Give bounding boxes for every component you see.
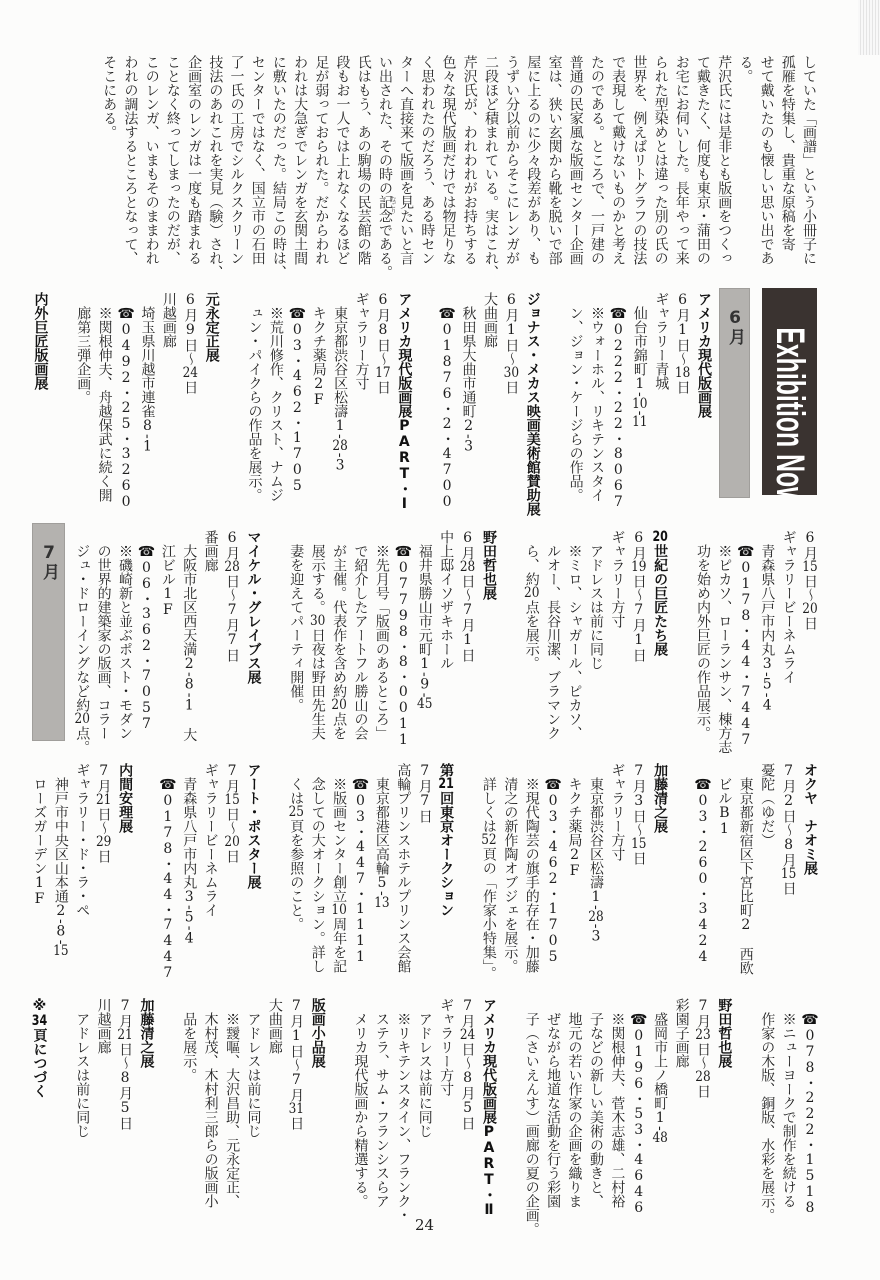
essay-line: 技法のあれこれを実見（験）され、	[204, 55, 225, 270]
number: 20	[74, 712, 90, 726]
exhibition-address: 東京都港区高輪5-13	[371, 763, 392, 978]
phone-icon: ☎	[545, 777, 561, 793]
exhibition-phone: ☎0178・44・7447	[734, 530, 755, 745]
exhibition-note: 廊第三弾企画。	[72, 292, 93, 507]
essay-line: ターへ直接来て版画を見たいと言	[395, 55, 416, 270]
hyphen: -	[417, 672, 433, 677]
exhibition-title: アート・ポスター展	[242, 763, 263, 978]
phone-icon: ☎	[695, 777, 711, 793]
exhibition-address: 盛岡市上ノ橋町1-48	[649, 998, 670, 1213]
essay-line: 二段ほど積まれている。実はこれ、	[480, 55, 501, 270]
exhibition-title: 第21回東京オークション	[435, 763, 456, 978]
exhibition-listing: アメリカ現代版画展PART・Ⅰ 6月8日〜17日 ギャラリー方寸 東京都渋谷区松…	[243, 292, 414, 507]
essay-line: られた型染めとは違った別の氏の	[649, 55, 670, 270]
exhibition-dates: 6月1日〜30日	[500, 292, 521, 507]
phone-icon: ☎	[439, 306, 455, 322]
exhibition-note: ※靉嘔、大沢昌助、元永定正、	[221, 998, 242, 1213]
exhibition-note: ※版画センター創立10周年を記	[328, 763, 349, 978]
phone-icon: ☎	[160, 777, 176, 793]
number: 13	[374, 896, 390, 910]
exhibition-phone: ☎03・447・1111	[349, 763, 370, 978]
number: 24	[182, 366, 198, 380]
phone-number: 0492・25・3260	[118, 322, 134, 510]
section-title: Exhibition Now	[762, 327, 817, 455]
exhibition-note: 妻を迎えてパーティ開催。	[285, 530, 306, 745]
exhibition-note: 展示する。30日夜は野田先生夫	[306, 530, 327, 745]
exhibition-title: 内外巨匠版画展	[29, 292, 50, 507]
month-label-june: 6月	[719, 288, 750, 498]
phone-number: 07798・8・0011	[395, 560, 411, 748]
exhibition-phone: ☎03・462・1705	[542, 763, 563, 978]
phone-number: 078・222・1518	[802, 1028, 818, 1216]
essay-line: 了一氏の工房でシルクスクリーン	[225, 55, 246, 270]
exhibition-address: キクチ薬局2F	[563, 763, 584, 978]
listings-band-2: 6月15日〜20日 ギャラリービーネムライ 青森県八戸市内丸3-5-4 ☎017…	[49, 530, 820, 745]
exhibition-address: 仙台市錦町1-10-11	[628, 292, 649, 507]
exhibition-listing: ジョナス・メカス映画美術館賛助展 6月1日〜30日 大曲画廊 秋田県大曲市通町2…	[436, 292, 543, 507]
exhibition-dates: 7月3日〜15日	[627, 763, 648, 978]
exhibition-dates: 7月24日〜8月5日	[456, 998, 477, 1213]
exhibition-address: 大阪市北区西天満2-8-1 大	[178, 530, 199, 745]
exhibition-title: アメリカ現代版画展PART・Ⅰ	[393, 292, 414, 507]
essay-line: 普通の民家風な版画センター企画	[565, 55, 586, 270]
exhibition-venue: 高輪プリンスホテルプリンス会館	[392, 763, 413, 978]
page-number: 24	[415, 1218, 434, 1233]
number: 48	[652, 1131, 668, 1145]
exhibition-address: 東京都渋谷区松濤1-28-3	[329, 292, 350, 507]
exhibition-address: 東京都渋谷区松濤1-28-3	[585, 763, 606, 978]
exhibition-note: ※先月号「版画のあるところ」	[371, 530, 392, 745]
exhibition-title: アメリカ現代版画展	[693, 292, 714, 507]
exhibition-dates: 6月8日〜17日	[372, 292, 393, 507]
exhibition-note: ※ウォーホル、リキテンスタイ	[586, 292, 607, 507]
month-label-text: 6月	[720, 289, 749, 497]
exhibition-title: 加藤清之展	[649, 763, 670, 978]
exhibition-venue: ギャラリー方寸	[606, 530, 627, 745]
exhibition-address: 青森県八戸市内丸3-5-4	[178, 763, 199, 978]
exhibition-title: マイケル・グレイブス展	[242, 530, 263, 745]
essay-line: センターではなく、国立市の石田	[247, 55, 268, 270]
exhibition-title: 20世紀の巨匠たち展	[649, 530, 670, 745]
essay-line: たのである。ところで、一戸建の	[586, 55, 607, 270]
exhibition-listing: 版画小品展 7月1日〜7月31日 大曲画廊 アドレスは前に同じ ※靉嘔、大沢昌助…	[178, 998, 328, 1213]
phone-icon: ☎	[395, 544, 411, 560]
exhibition-venue: ギャラリー方寸	[350, 292, 371, 507]
exhibition-phone: ☎01876・2・4700	[436, 292, 457, 507]
exhibition-address: 福井県勝山市元町1-9-45	[413, 530, 434, 745]
exhibition-title: 加藤清之展	[135, 998, 156, 1213]
exhibition-title: オクヤ ナオミ展	[799, 763, 820, 978]
exhibition-note: ぜながら地道な活動を行う彩園	[542, 998, 563, 1213]
number: 20	[524, 586, 540, 600]
exhibition-dates: 7月15日〜20日	[221, 763, 242, 978]
number: 45	[417, 697, 433, 711]
exhibition-listing: 加藤清之展 7月21日〜8月5日 川越画廊 アドレスは前に同じ	[71, 998, 157, 1213]
number: 15	[631, 837, 647, 851]
essay-text: していた「画譜」という小冊子に 孤雁を特集し、貴重な原稿を寄 せて戴いたのも懐し…	[98, 55, 819, 270]
exhibition-note: 地元の若い作家の企画を織りま	[563, 998, 584, 1213]
exhibition-dates: 6月28日〜7月1日	[456, 530, 477, 745]
phone-number: 01876・2・4700	[439, 322, 455, 510]
essay-line: 色々な現代版画だけでは物足りな	[437, 55, 458, 270]
phone-icon: ☎	[289, 306, 305, 322]
exhibition-note: 功を始め内外巨匠の作品展示。	[692, 530, 713, 745]
exhibition-note: メリカ現代版画から精選する。	[349, 998, 370, 1213]
essay-line: く思われたのだろう、ある時セン	[416, 55, 437, 270]
exhibition-phone: ☎03・260・3424	[692, 763, 713, 978]
exhibition-title: 内間安理展	[114, 763, 135, 978]
number: 25	[288, 805, 304, 819]
exhibition-venue: 大曲画廊	[479, 292, 500, 507]
exhibition-address: ローズガーデン1F	[28, 763, 49, 978]
exhibition-note: で紹介したアートフル勝山の会	[349, 530, 370, 745]
essay-line: い出された、その時の記念である。	[374, 55, 395, 270]
exhibition-note: ジュ・ドローイングなど約20点。	[71, 530, 92, 745]
exhibition-listing: 野田哲也展 6月28日〜7月1日 中上邸イソザキホール 福井県勝山市元町1-9-…	[285, 530, 499, 745]
phone-number: 03・260・3424	[695, 793, 711, 965]
hyphen: -	[139, 434, 155, 439]
exhibition-phone: ☎0196・53・4646	[627, 998, 648, 1213]
exhibition-title: 野田哲也展	[478, 530, 499, 745]
phone-number: 0222・22・8067	[610, 322, 626, 510]
exhibition-dates: 7月21日〜29日	[92, 763, 113, 978]
number: 10	[632, 397, 648, 411]
exhibition-dates: 6月1日〜18日	[671, 292, 692, 507]
essay-line: そこにある。	[98, 55, 119, 270]
number: 21	[117, 1028, 133, 1042]
phone-icon: ☎	[138, 544, 154, 560]
number: 21	[96, 793, 112, 807]
exhibition-address: アドレスは前に同じ	[585, 530, 606, 745]
exhibition-listing: 元永定正展 6月9日〜24日 川越画廊 埼玉県川越市連雀8-1 ☎0492・25…	[72, 292, 222, 507]
number: 23	[695, 1028, 711, 1042]
exhibition-listing: 第21回東京オークション 7月7日 高輪プリンスホテルプリンス会館 東京都港区高…	[285, 763, 456, 978]
exhibition-note: ら、約20点を展示。	[520, 530, 541, 745]
number: 20	[802, 602, 818, 616]
exhibition-note: 木村茂、木村利三郎らの版画小	[199, 998, 220, 1213]
exhibition-venue: 番画廊	[199, 530, 220, 745]
exhibition-note: ※ニューヨークで制作を続ける	[777, 998, 798, 1213]
number: 15	[802, 560, 818, 574]
number: 28	[588, 910, 604, 924]
number: 17	[375, 366, 391, 380]
exhibition-dates: 7月21日〜8月5日	[114, 998, 135, 1213]
exhibition-dates: 6月19日〜7月1日	[627, 530, 648, 745]
exhibition-note: 詳しくは52頁の「作家小特集」。	[478, 763, 499, 978]
exhibition-venue: ギャラリー方寸	[606, 763, 627, 978]
exhibition-venue: ギャラリー・ド・ラ・ペ	[71, 763, 92, 978]
section-header-box: Exhibition Now	[762, 288, 817, 495]
listings-band-1: アメリカ現代版画展 6月1日〜18日 ギャラリー青城 仙台市錦町1-10-11 …	[8, 292, 714, 507]
essay-line: 段もお一人では上れなくなるほど	[331, 55, 352, 270]
exhibition-title: 野田哲也展	[713, 998, 734, 1213]
exhibition-dates: 6月9日〜24日	[179, 292, 200, 507]
essay-line: 芹沢氏が、われわれがお持ちする	[459, 55, 480, 270]
exhibition-phone: ☎06・362・7057	[135, 530, 156, 745]
number: 28	[224, 560, 240, 574]
essay-line: このレンガ、いまもそのままわれ	[141, 55, 162, 270]
exhibition-note: 作家の木版、銅版、水彩を展示。	[756, 998, 777, 1213]
exhibition-phone: ☎0178・44・7447	[156, 763, 177, 978]
exhibition-listing: 内外巨匠版画展	[29, 292, 50, 507]
hyphen: -	[759, 693, 775, 698]
exhibition-address: キクチ薬局2F	[307, 292, 328, 507]
phone-icon: ☎	[610, 306, 626, 322]
number: 52	[481, 833, 497, 847]
exhibition-venue: 川越画廊	[157, 292, 178, 507]
number: 15	[53, 944, 69, 958]
exhibition-note: くは25頁を参照のこと。	[285, 763, 306, 978]
hyphen: -	[181, 926, 197, 931]
exhibition-note: ン、ジョン・ケージらの作品。	[564, 292, 585, 507]
phone-number: 03・462・1705	[289, 322, 305, 494]
exhibition-listing: アート・ポスター展 7月15日〜20日 ギャラリービーネムライ 青森県八戸市内丸…	[156, 763, 263, 978]
essay-line: で表現して戴けないものかと考え	[607, 55, 628, 270]
exhibition-venue: ギャラリー方寸	[435, 998, 456, 1213]
number: 30	[503, 366, 519, 380]
hyphen: -	[181, 672, 197, 677]
exhibition-listing: 内間安理展 7月21日〜29日 ギャラリー・ド・ラ・ペ 神戸市中央区山本通2-8…	[28, 763, 135, 978]
phone-icon: ☎	[802, 1012, 818, 1028]
exhibition-title: 版画小品展	[306, 998, 327, 1213]
exhibition-address: アドレスは前に同じ	[242, 998, 263, 1213]
essay-line: われは大急ぎでレンガを玄関土間	[289, 55, 310, 270]
exhibition-dates: 7月1日〜7月31日	[285, 998, 306, 1213]
exhibition-venue: 川越画廊	[92, 998, 113, 1213]
exhibition-note: ※現代陶芸の旗手的存在・加藤	[520, 763, 541, 978]
exhibition-note: 清之の新作陶オブジェを展示。	[499, 763, 520, 978]
exhibition-title: アメリカ現代版画展PART・Ⅱ	[478, 998, 499, 1213]
listings-band-4: ☎078・222・1518 ※ニューヨークで制作を続ける 作家の木版、銅版、水彩…	[28, 998, 820, 1213]
number: 20	[331, 698, 347, 712]
continued-note: ※34頁につづく	[28, 998, 49, 1213]
hyphen: -	[461, 434, 477, 439]
number: 24	[460, 1028, 476, 1042]
number: 11	[632, 415, 648, 429]
hyphen: -	[53, 919, 69, 924]
exhibition-listing: マイケル・グレイブス展 6月28日〜7月7日 番画廊 大阪市北区西天満2-8-1…	[71, 530, 264, 745]
essay-line: お宅にお伺いした。長年やって来	[671, 55, 692, 270]
exhibition-dates: 6月28日〜7月7日	[221, 530, 242, 745]
exhibition-note: 子などの新しい美術の動きと、	[585, 998, 606, 1213]
exhibition-venue: ギャラリービーネムライ	[777, 530, 798, 745]
phone-number: 0196・53・4646	[631, 1028, 647, 1216]
exhibition-title: ジョナス・メカス映画美術館賛助展	[521, 292, 542, 507]
exhibition-address: 神戸市中央区山本通2-8-15	[49, 763, 70, 978]
binding-shadow	[858, 0, 880, 55]
phone-icon: ☎	[738, 544, 754, 560]
exhibition-dates: 7月2日〜8月15日	[777, 763, 798, 978]
number: 28	[332, 439, 348, 453]
exhibition-note: ュン・パイクらの作品を展示。	[243, 292, 264, 507]
essay-line: せて戴いたのも懐しい思い出であ	[755, 55, 776, 270]
essay-line: していた「画譜」という小冊子に	[798, 55, 819, 270]
exhibition-address: ビルB1	[713, 763, 734, 978]
essay-line: 世界を、例えばリトグラフの技法	[628, 55, 649, 270]
essay-line: 企画室のレンガは一度も踏まれる	[183, 55, 204, 270]
exhibition-listing: オクヤ ナオミ展 7月2日〜8月15日 憂陀（ゆだ） 東京都新宿区下宮比町2 西…	[692, 763, 820, 978]
hyphen: -	[588, 924, 604, 929]
exhibition-listing: アメリカ現代版画展 6月1日〜18日 ギャラリー青城 仙台市錦町1-10-11 …	[564, 292, 714, 507]
exhibition-address: 東京都新宿区下宮比町2 西欧	[734, 763, 755, 978]
exhibition-venue: 彩園子画廊	[670, 998, 691, 1213]
number: 34	[31, 1014, 47, 1028]
essay-line: 孤雁を特集し、貴重な原稿を寄	[777, 55, 798, 270]
number: 18	[675, 366, 691, 380]
number: 20	[652, 530, 668, 544]
exhibition-venue: ギャラリー青城	[650, 292, 671, 507]
essay-line: る。	[734, 55, 755, 270]
exhibition-venue: 中上邸イソザキホール	[435, 530, 456, 745]
phone-number: 06・362・7057	[138, 560, 154, 732]
hyphen: -	[181, 905, 197, 910]
exhibition-listing: 加藤清之展 7月3日〜15日 ギャラリー方寸 東京都渋谷区松濤1-28-3 キク…	[478, 763, 671, 978]
exhibition-note: 品を展示。	[178, 998, 199, 1213]
exhibition-note: ※ミロ、シャガール、ピカソ、	[563, 530, 584, 745]
essay-line: 芹沢氏には是非とも版画をつくっ	[713, 55, 734, 270]
number: 28	[460, 560, 476, 574]
exhibition-phone: ☎07798・8・0011	[392, 530, 413, 745]
phone-icon: ☎	[631, 1012, 647, 1028]
exhibition-venue: ギャラリービーネムライ	[199, 763, 220, 978]
number: 29	[96, 835, 112, 849]
essay-line: 氏はもう、あの駒場の民芸館の階	[353, 55, 374, 270]
exhibition-address: アドレスは前に同じ	[71, 998, 92, 1213]
essay-line: 足が弱っておられた。だからわれ	[310, 55, 331, 270]
exhibition-listing: 野田哲也展 7月23日〜28日 彩園子画廊 盛岡市上ノ橋町1-48 ☎0196・…	[520, 998, 734, 1213]
number: 15	[224, 793, 240, 807]
number: 31	[288, 1102, 304, 1116]
hyphen: -	[332, 453, 348, 458]
exhibition-note: ルオー、長谷川潔、ブラマンク	[542, 530, 563, 745]
exhibition-address: 秋田県大曲市通町2-3	[457, 292, 478, 507]
phone-number: 0178・44・7447	[160, 793, 176, 981]
phone-number: 0178・44・7447	[738, 560, 754, 748]
ruby-annotation: なごり	[389, 196, 396, 214]
essay-line: われの調法するところとなって、	[119, 55, 140, 270]
exhibition-phone: ☎03・462・1705	[286, 292, 307, 507]
exhibition-listing: アメリカ現代版画展PART・Ⅱ 7月24日〜8月5日 ギャラリー方寸 アドレスは…	[349, 998, 499, 1213]
phone-number: 03・462・1705	[545, 793, 561, 965]
exhibition-note: 念しての大オークション。詳し	[306, 763, 327, 978]
exhibition-note: が主催。代表作を含め約20点を	[328, 530, 349, 745]
hyphen: -	[759, 672, 775, 677]
exhibition-note: ※リキテンスタイン、フランク・	[392, 998, 413, 1213]
exhibition-phone: ☎0492・25・3260	[115, 292, 136, 507]
exhibition-note: ※荒川修作、クリスト、ナムジ	[265, 292, 286, 507]
magazine-page: していた「画譜」という小冊子に 孤雁を特集し、貴重な原稿を寄 せて戴いたのも懐し…	[0, 0, 880, 1280]
exhibition-address: 埼玉県川越市連雀8-1	[136, 292, 157, 507]
essay-line: 屋に上るのに少々段差があり、も	[522, 55, 543, 270]
exhibition-listing-continued: 6月15日〜20日 ギャラリービーネムライ 青森県八戸市内丸3-5-4 ☎017…	[692, 530, 820, 745]
exhibition-venue: 大曲画廊	[263, 998, 284, 1213]
exhibition-venue: 憂陀（ゆだ）	[756, 763, 777, 978]
exhibition-address: アドレスは前に同じ	[413, 998, 434, 1213]
exhibition-note: ※関根伸夫、舟越保武に続く開	[93, 292, 114, 507]
exhibition-address: 青森県八戸市内丸3-5-4	[756, 530, 777, 745]
exhibition-note: ※磯崎新と並ぶポスト・モダン	[114, 530, 135, 745]
essay-line: て戴きたく、何度も東京・蒲田の	[692, 55, 713, 270]
essay-line: に敷いたのだった。結局この時は、	[268, 55, 289, 270]
number: 28	[695, 1070, 711, 1084]
number: 20	[224, 835, 240, 849]
essay-line: ことなく終ってしまったのだが、	[162, 55, 183, 270]
phone-icon: ☎	[353, 777, 369, 793]
exhibition-title: 元永定正展	[200, 292, 221, 507]
essay-line: 室は、狭い玄関から靴を脱いで部	[543, 55, 564, 270]
number: 21	[438, 777, 454, 791]
exhibition-note: の世界的建築家の版画、コラー	[92, 530, 113, 745]
exhibition-note: ※関根伸夫、菅木志雄、二村裕	[606, 998, 627, 1213]
exhibition-dates: 6月15日〜20日	[799, 530, 820, 745]
number: 15	[781, 867, 797, 881]
exhibition-note: ステラ、サム・フランシスらア	[371, 998, 392, 1213]
number: 19	[631, 560, 647, 574]
exhibition-phone: ☎078・222・1518	[799, 998, 820, 1213]
number: 30	[310, 614, 326, 628]
essay-line: うずい分以前からそこにレンガが	[501, 55, 522, 270]
exhibition-dates: 7月23日〜28日	[692, 998, 713, 1213]
exhibition-listing: 20世紀の巨匠たち展 6月19日〜7月1日 ギャラリー方寸 アドレスは前に同じ …	[520, 530, 670, 745]
number: 10	[331, 903, 347, 917]
exhibition-listing-continued: ☎078・222・1518 ※ニューヨークで制作を続ける 作家の木版、銅版、水彩…	[756, 998, 820, 1213]
exhibition-address: 江ビル1F	[156, 530, 177, 745]
phone-number: 03・447・1111	[353, 793, 369, 965]
exhibition-note: ※ピカソ、ローランサン、棟方志	[713, 530, 734, 745]
hyphen: -	[181, 693, 197, 698]
phone-icon: ☎	[118, 306, 134, 322]
exhibition-phone: ☎0222・22・8067	[607, 292, 628, 507]
exhibition-note: 子（さいえんす）画廊の夏の企画。	[520, 998, 541, 1213]
listings-band-3: オクヤ ナオミ展 7月2日〜8月15日 憂陀（ゆだ） 東京都新宿区下宮比町2 西…	[7, 763, 820, 978]
exhibition-dates: 7月7日	[413, 763, 434, 978]
